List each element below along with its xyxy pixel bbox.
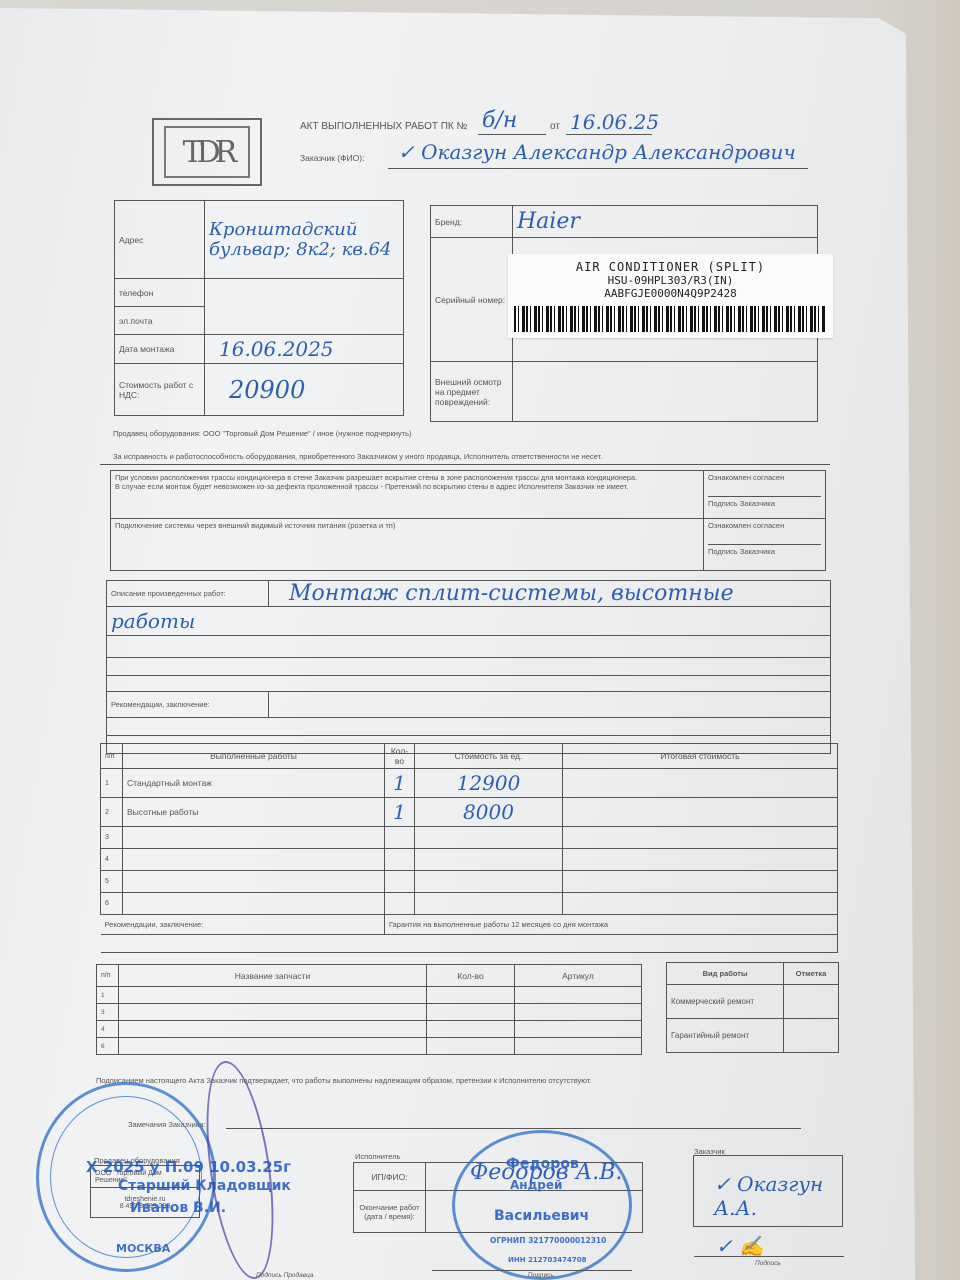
mark-warranty-checkbox[interactable]: [784, 1019, 839, 1053]
sign-label: Подпись Заказчика: [708, 544, 821, 556]
parts-table: п/п Название запчасти Кол-во Артикул 134…: [96, 964, 642, 1055]
col-total: Итоговая стоимость: [563, 744, 838, 769]
work-name: [123, 893, 385, 915]
executor-ip-label: ИП/ФИО:: [354, 1163, 426, 1191]
work-description-table: Описание произведенных работ: Монтаж спл…: [106, 580, 831, 754]
repair-warranty: Гарантийный ремонт: [667, 1019, 784, 1053]
client-info-table: Адрес Кронштадский бульвар; 8к2; кв.64 т…: [114, 200, 404, 416]
col-part-name: Название запчасти: [119, 965, 427, 987]
work-qty: [385, 849, 415, 871]
seller-stamp-city: МОСКВА: [116, 1242, 170, 1255]
empty-cell: [427, 1004, 515, 1021]
repair-commercial: Коммерческий ремонт: [667, 985, 784, 1019]
customer-handwritten-name: ✓ Оказгун А.А.: [714, 1172, 842, 1220]
row-number: 4: [101, 849, 123, 871]
col-article: Артикул: [515, 965, 642, 987]
col-unit-price: Стоимость за ед.: [415, 744, 563, 769]
table-row: 4: [97, 1021, 642, 1038]
table-row: 3: [101, 827, 838, 849]
repair-type-table: Вид работы Отметка Коммерческий ремонт Г…: [666, 962, 839, 1053]
serial-label: Серийный номер:: [431, 238, 513, 362]
works-recommendations-label: Рекомендации, заключение:: [101, 915, 385, 935]
table-row: 3: [97, 1004, 642, 1021]
work-qty: 1: [385, 769, 415, 798]
empty-cell: [119, 1038, 427, 1055]
empty-cell: [427, 1021, 515, 1038]
col-repair-type: Вид работы: [667, 963, 784, 985]
work-qty: [385, 827, 415, 849]
agreements-table: При условии расположения трассы кондицио…: [110, 470, 826, 571]
table-row: 2Высотные работы18000: [101, 798, 838, 827]
empty-cell: [119, 987, 427, 1004]
act-title: АКТ ВЫПОЛНЕННЫХ РАБОТ ПК №: [300, 121, 467, 132]
work-unit-price: [415, 893, 563, 915]
empty-cell: [515, 1004, 642, 1021]
sign-label: Подпись Заказчика: [708, 496, 821, 508]
work-qty: [385, 871, 415, 893]
row-number: 3: [97, 1004, 119, 1021]
row-number: 1: [101, 769, 123, 798]
empty-cell: [515, 987, 642, 1004]
seller-sign-label: Подпись Продавца: [256, 1272, 314, 1279]
work-unit-price: 12900: [415, 769, 563, 798]
stamp-patronymic: Васильевич: [494, 1208, 589, 1224]
executor-sign-label: Подпись: [528, 1272, 554, 1279]
sticker-model: HSU-09HPL303/R3(IN): [508, 274, 833, 287]
works-table: п/п Выполненные работы Кол-во Стоимость …: [100, 743, 838, 953]
seller-stamp-inner-ring: [50, 1096, 202, 1258]
work-description-label: Описание произведенных работ:: [107, 581, 269, 607]
agreement-wall-ack: Ознакомлен согласен Подпись Заказчика: [704, 471, 826, 519]
work-total: [563, 769, 838, 798]
customer-label: Заказчик (ФИО):: [300, 153, 364, 163]
work-unit-price: 8000: [415, 798, 563, 827]
col-n: п/п: [97, 965, 119, 987]
sticker-serial: AABFGJE0000N4Q9P2428: [508, 287, 833, 300]
row-number: 5: [101, 871, 123, 893]
work-name: [123, 871, 385, 893]
col-n: п/п: [101, 744, 123, 769]
sticker-product: AIR CONDITIONER (SPLIT): [508, 260, 833, 274]
agreement-power-ack: Ознакомлен согласен Подпись Заказчика: [704, 519, 826, 571]
company-logo: TDR: [152, 118, 262, 186]
empty-cell: [515, 1038, 642, 1055]
agreement-power-text: Подключение системы через внешний видимы…: [111, 519, 704, 571]
work-unit-price: [415, 871, 563, 893]
table-row: 1Стандартный монтаж112900: [101, 769, 838, 798]
install-date-label: Дата монтажа: [115, 335, 205, 364]
phone-label: телефон: [115, 279, 205, 307]
table-row: 1: [97, 987, 642, 1004]
col-mark: Отметка: [784, 963, 839, 985]
cost-value: 20900: [205, 364, 404, 416]
table-row: 4: [101, 849, 838, 871]
table-row: 5: [101, 871, 838, 893]
phone-value: [205, 279, 404, 335]
customer-signature: ✓ ✍: [716, 1234, 764, 1258]
row-number: 2: [101, 798, 123, 827]
table-row: 6: [97, 1038, 642, 1055]
row-number: 4: [97, 1021, 119, 1038]
work-total: [563, 827, 838, 849]
warranty-note: Гарантия на выполненные работы 12 месяце…: [385, 915, 838, 935]
col-qty: Кол-во: [385, 744, 415, 769]
work-total: [563, 849, 838, 871]
row-number: 3: [101, 827, 123, 849]
act-date: 16.06.25: [570, 110, 659, 134]
stamp-inn: ИНН 212703474708: [508, 1256, 586, 1264]
row-number: 6: [97, 1038, 119, 1055]
work-qty: 1: [385, 798, 415, 827]
row-number: 1: [97, 987, 119, 1004]
serial-sticker: AIR CONDITIONER (SPLIT) HSU-09HPL303/R3(…: [508, 254, 833, 338]
work-qty: [385, 893, 415, 915]
work-unit-price: [415, 827, 563, 849]
inspection-label: Внешний осмотр на предмет повреждений:: [431, 362, 513, 422]
email-label: эл.почта: [115, 307, 205, 335]
empty-cell: [427, 987, 515, 1004]
logo-monogram: TDR: [164, 126, 250, 178]
table-row: 6: [101, 893, 838, 915]
work-unit-price: [415, 849, 563, 871]
work-name: [123, 827, 385, 849]
customer-name: ✓ Оказгун Александр Александрович: [398, 140, 796, 164]
work-description-value-2: работы: [107, 607, 831, 636]
empty-cell: [119, 1021, 427, 1038]
inspection-value: [513, 362, 818, 422]
empty-cell: [515, 1021, 642, 1038]
agreement-wall-text: При условии расположения трассы кондицио…: [111, 471, 704, 519]
barcode-icon: [514, 306, 826, 332]
address-value: Кронштадский бульвар; 8к2; кв.64: [205, 201, 404, 279]
cost-label: Стоимость работ с НДС:: [115, 364, 205, 416]
brand-value: Haier: [513, 206, 818, 238]
executor-signature: Федоров А.В.: [470, 1160, 622, 1185]
work-total: [563, 893, 838, 915]
install-date-value: 16.06.2025: [205, 335, 404, 364]
address-label: Адрес: [115, 201, 205, 279]
work-name: Стандартный монтаж: [123, 769, 385, 798]
empty-cell: [119, 1004, 427, 1021]
liability-note: За исправность и работоспособность обору…: [113, 452, 602, 461]
empty-cell: [427, 1038, 515, 1055]
stamp-ogrnip: ОГРНИП 321770000012310: [490, 1236, 606, 1245]
ack-label: Ознакомлен согласен: [708, 473, 821, 482]
work-name: [123, 849, 385, 871]
customer-signature-box: ✓ Оказгун А.А.: [693, 1155, 843, 1227]
work-description-value: Монтаж сплит-системы, высотные: [269, 581, 831, 607]
brand-label: Бренд:: [431, 206, 513, 238]
act-date-prefix: от: [550, 121, 560, 132]
work-total: [563, 798, 838, 827]
recommendations-label: Рекомендации, заключение:: [107, 692, 269, 718]
executor-block-title: Исполнитель: [355, 1152, 400, 1161]
executor-end-label: Окончание работ (дата / время):: [354, 1191, 426, 1233]
confirmation-text: Подписанием настоящего Акта Заказчик под…: [96, 1076, 591, 1085]
warehouse-stamp-name: Иванов В.И.: [130, 1200, 226, 1216]
act-number: б/н: [482, 108, 517, 133]
row-number: 6: [101, 893, 123, 915]
customer-sign-label: Подпись: [755, 1260, 781, 1267]
seller-note: Продавец оборудования: ООО "Торговый Дом…: [113, 429, 412, 438]
work-name: Высотные работы: [123, 798, 385, 827]
ack-label: Ознакомлен согласен: [708, 521, 821, 530]
mark-commercial-checkbox[interactable]: [784, 985, 839, 1019]
col-works: Выполненные работы: [123, 744, 385, 769]
work-total: [563, 871, 838, 893]
col-qty: Кол-во: [427, 965, 515, 987]
